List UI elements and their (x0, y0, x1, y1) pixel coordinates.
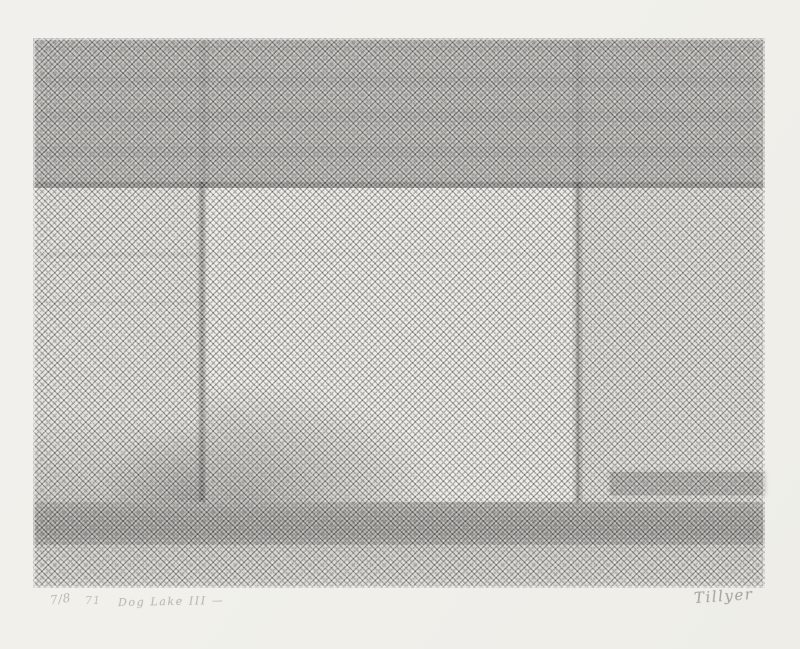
mesh-left-panel-line-1 (33, 252, 205, 258)
mesh-bottom-dark-band (33, 502, 765, 545)
mesh-left-shadow-shape (95, 424, 207, 502)
mesh-top-streak-right (572, 38, 585, 188)
mesh-vertical-divider-right (572, 182, 584, 502)
print-image (33, 38, 765, 588)
title-inscription: Dog Lake III — (118, 594, 225, 609)
artist-signature: Tillyer (693, 585, 754, 607)
photo-of-artwork: 7/8 71 Dog Lake III — Tillyer (0, 0, 800, 649)
mesh-top-band-stripes (33, 38, 765, 188)
date-inscription: 71 (85, 594, 101, 608)
mesh-center-panel-line (205, 252, 578, 257)
mesh-center-shadow-shape (205, 384, 440, 502)
mesh-right-panel (578, 188, 765, 502)
edition-number-inscription: 7/8 (49, 591, 72, 608)
mesh-vertical-divider-left (196, 182, 208, 502)
mesh-right-dark-bar (610, 472, 765, 495)
mesh-top-streak-left (197, 38, 210, 188)
paper-sheet: 7/8 71 Dog Lake III — Tillyer (0, 0, 800, 649)
mesh-bottom-light-strip (33, 545, 765, 588)
mesh-left-panel-line-2 (33, 300, 205, 305)
